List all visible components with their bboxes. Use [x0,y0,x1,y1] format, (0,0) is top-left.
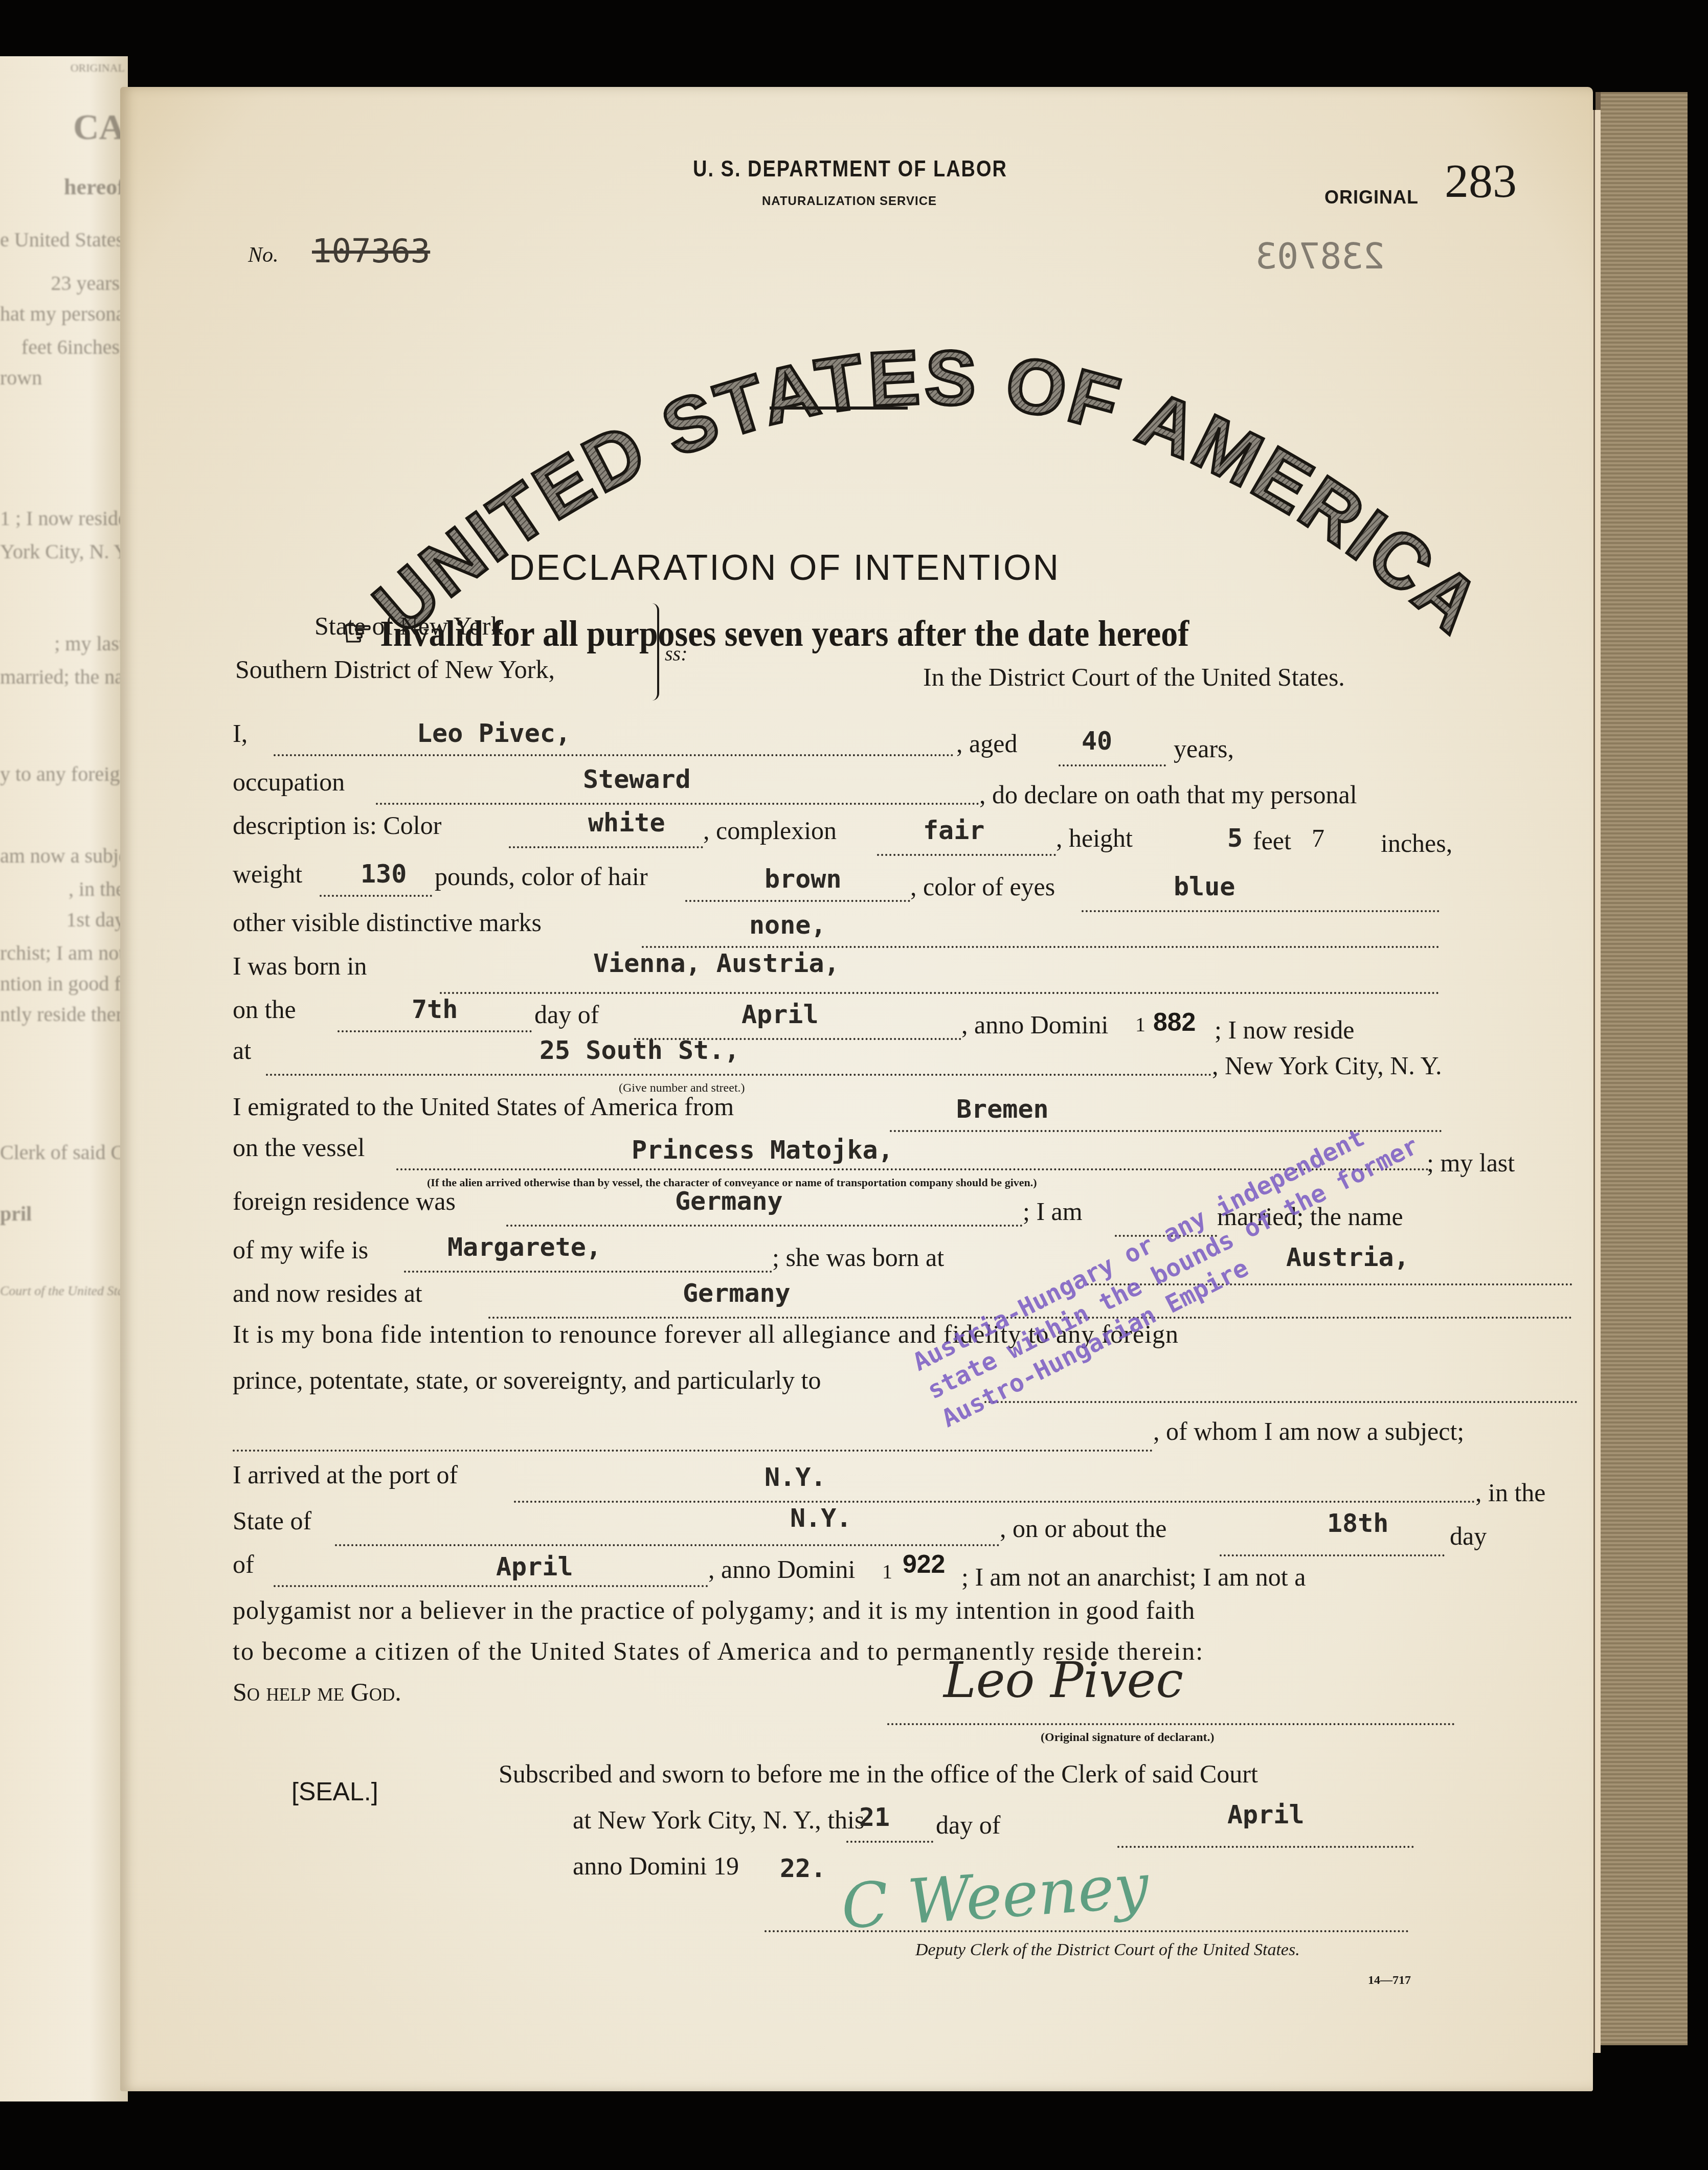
label: , color of eyes [910,872,1055,901]
emigrated-from-value: Bremen [956,1094,1049,1124]
last-residence-value: Germany [675,1186,783,1216]
name-field-line [274,754,954,756]
ghost-text: feet 6inches, [0,335,125,359]
polygamy-text: polygamist nor a believer in the practic… [233,1595,1195,1625]
label: I emigrated to the United States of Amer… [233,1092,734,1121]
label: on the vessel [233,1133,365,1162]
number-label: No. [248,243,279,267]
signature-caption: (Original signature of declarant.) [1041,1731,1215,1745]
label: day [1450,1521,1487,1551]
department-heading: U. S. DEPARTMENT OF LABOR [693,157,1007,182]
ghost-text: York City, N. Y. [0,539,125,563]
label: 1 [1135,1012,1145,1036]
label: State of [233,1506,311,1535]
label: of my wife is [233,1235,368,1264]
address-value: 25 South St., [540,1035,739,1065]
seal-label: [SEAL.] [291,1777,378,1806]
label: on the [233,994,296,1024]
label: I arrived at the port of [233,1460,458,1489]
ghost-text: 1st day [0,908,125,932]
label: ; she was born at [772,1242,944,1272]
port-value: N.Y. [765,1462,826,1492]
arrival-day-value: 18th [1327,1508,1388,1538]
ghost-text: 1 ; I now reside [0,506,125,530]
label: , on or about the [1000,1513,1166,1543]
arrival-state-value: N.Y. [790,1503,851,1533]
arrival-month-field-line [274,1585,708,1587]
court-name: In the District Court of the United Stat… [923,662,1345,692]
color-field-line [509,846,703,848]
ghost-text: Court of the United States. [0,1283,125,1299]
declaration-page: U. S. DEPARTMENT OF LABOR NATURALIZATION… [120,87,1593,2091]
ghost-text: 23 years, [0,271,125,295]
jurat-text: Subscribed and sworn to before me in the… [499,1759,1258,1789]
height-inches-value: 7 [1312,823,1324,853]
ghost-text: hat my personal [0,302,125,326]
label: at [233,1035,251,1065]
weight-field-line [320,895,432,897]
label: , New York City, N. Y. [1212,1051,1442,1080]
eye-color-value: blue [1174,872,1235,901]
ghost-text: CA [0,107,125,148]
ghost-text: rown [0,366,125,390]
label: I, [233,718,248,748]
label: ; I am not an anarchist; I am not a [961,1562,1306,1592]
original-label: ORIGINAL [1324,187,1419,208]
label: , anno Domini [961,1010,1108,1039]
arrival-year-value: 922 [903,1549,945,1579]
age-value: 40 [1082,726,1112,756]
label: , of whom I am now a subject; [1153,1416,1464,1446]
form-number: 14—717 [1368,1974,1411,1987]
complexion-value: fair [923,816,984,845]
label: foreign residence was [233,1186,456,1216]
sworn-day-value: 21 [859,1802,890,1832]
form-title: DECLARATION OF INTENTION [509,547,1060,588]
marks-value: none, [749,910,826,940]
oath-text: So help me God. [233,1677,401,1707]
hair-field-line [685,900,910,902]
label: pounds, color of hair [435,862,648,891]
hair-color-value: brown [765,864,842,894]
clerk-signature: C Weeney [839,1850,1151,1943]
label: anno Domini 19 [573,1851,739,1881]
label: years, [1174,734,1234,763]
sworn-year-value: 22. [780,1853,826,1883]
ghost-text: married; the name [0,665,125,689]
sworn-month-value: April [1227,1800,1305,1829]
ghost-text: ORIGINAL [0,61,125,75]
arrival-day-field-line [1220,1554,1445,1556]
label: , aged [956,729,1017,758]
occupation-value: Steward [583,764,691,794]
label: , height [1056,823,1133,853]
label: and now resides at [233,1278,422,1308]
ghost-text: am now a subject; [0,844,125,868]
venue-brace [652,603,659,700]
ghost-text: ntion in good faith [0,971,125,996]
wife-name-value: Margarete, [447,1232,601,1262]
venue-ss: ss: [665,642,687,666]
label: feet [1253,826,1291,855]
ghost-text: ; my last [0,631,125,655]
birth-day-field-line [338,1030,532,1032]
ghost-text: e United States. [0,228,125,252]
prince-text: prince, potentate, state, or sovereignty… [233,1365,821,1395]
service-subheading: NATURALIZATION SERVICE [762,194,937,209]
color-value: white [588,808,665,838]
sworn-month-field-line [1117,1846,1414,1848]
clerk-title: Deputy Clerk of the District Court of th… [915,1940,1300,1960]
height-feet-value: 5 [1227,823,1243,853]
label: ; I now reside [1215,1015,1355,1045]
marks-field-line [642,946,1440,948]
eyes-field-line [1082,910,1440,912]
residence-field-line [506,1225,1023,1227]
label: day of [936,1810,1000,1840]
svg-text:UNITED STATES OF AMERICA: UNITED STATES OF AMERICA [358,334,1499,650]
title-rule [770,406,908,410]
label: inches, [1381,828,1452,858]
label: I was born in [233,951,367,981]
sworn-day-field-line [846,1841,933,1843]
jurat-city: at New York City, N. Y., this [573,1805,864,1835]
label: occupation [233,767,345,797]
address-field-line [266,1074,1212,1076]
birth-month-value: April [741,1000,819,1029]
vessel-value: Princess Matojka, [632,1135,893,1165]
label: , in the [1475,1478,1545,1507]
sovereign-field-line [984,1401,1578,1403]
label: description is: Color [233,810,441,840]
ghost-text: ntly reside therein: [0,1002,125,1026]
left-facing-page: ORIGINAL CA hereof e United States. 23 y… [0,56,128,2101]
occupation-field-line [376,803,979,805]
declarant-name: Leo Pivec, [417,718,571,748]
label: , do declare on oath that my personal [979,780,1357,809]
port-field-line [514,1501,1475,1503]
label: day of [534,1000,599,1029]
wife-residence-value: Germany [683,1278,791,1308]
ghost-text: rchist; I am not a [0,941,125,965]
clerk-signature-line [765,1930,1409,1932]
label: , complexion [703,816,837,845]
declarant-signature: Leo Pivec [943,1652,1183,1709]
label: ; I am [1023,1196,1083,1226]
arrival-month-value: April [496,1552,573,1581]
venue-state: State of New York, [314,611,510,641]
birthplace-value: Vienna, Austria, [593,948,840,978]
age-field-line [1059,764,1166,766]
label: other visible distinctive marks [233,908,542,937]
ghost-text: pril [0,1202,125,1226]
birth-year-value: 882 [1153,1007,1196,1037]
label: 1 [882,1559,892,1584]
label: of [233,1549,254,1579]
page-number: 283 [1445,153,1517,209]
label: weight [233,859,302,889]
wife-name-field-line [404,1271,772,1273]
ghost-text: Clerk of said Court [0,1140,125,1164]
ghost-text: hereof [0,174,125,200]
ghost-text: , in the [0,877,125,901]
complexion-field-line [877,854,1056,856]
signature-line [887,1723,1455,1725]
birth-day-value: 7th [412,994,458,1024]
birthplace-field-line [440,992,1440,994]
venue-district: Southern District of New York, [235,654,555,684]
ghost-text: y to any foreign [0,762,125,786]
weight-value: 130 [361,859,407,889]
label: ; my last [1427,1148,1515,1178]
arrival-state-field-line [335,1544,1000,1546]
sovereign-field-line-2 [233,1450,1153,1452]
label: , anno Domini [708,1554,855,1584]
book-binding [1595,92,1688,2045]
